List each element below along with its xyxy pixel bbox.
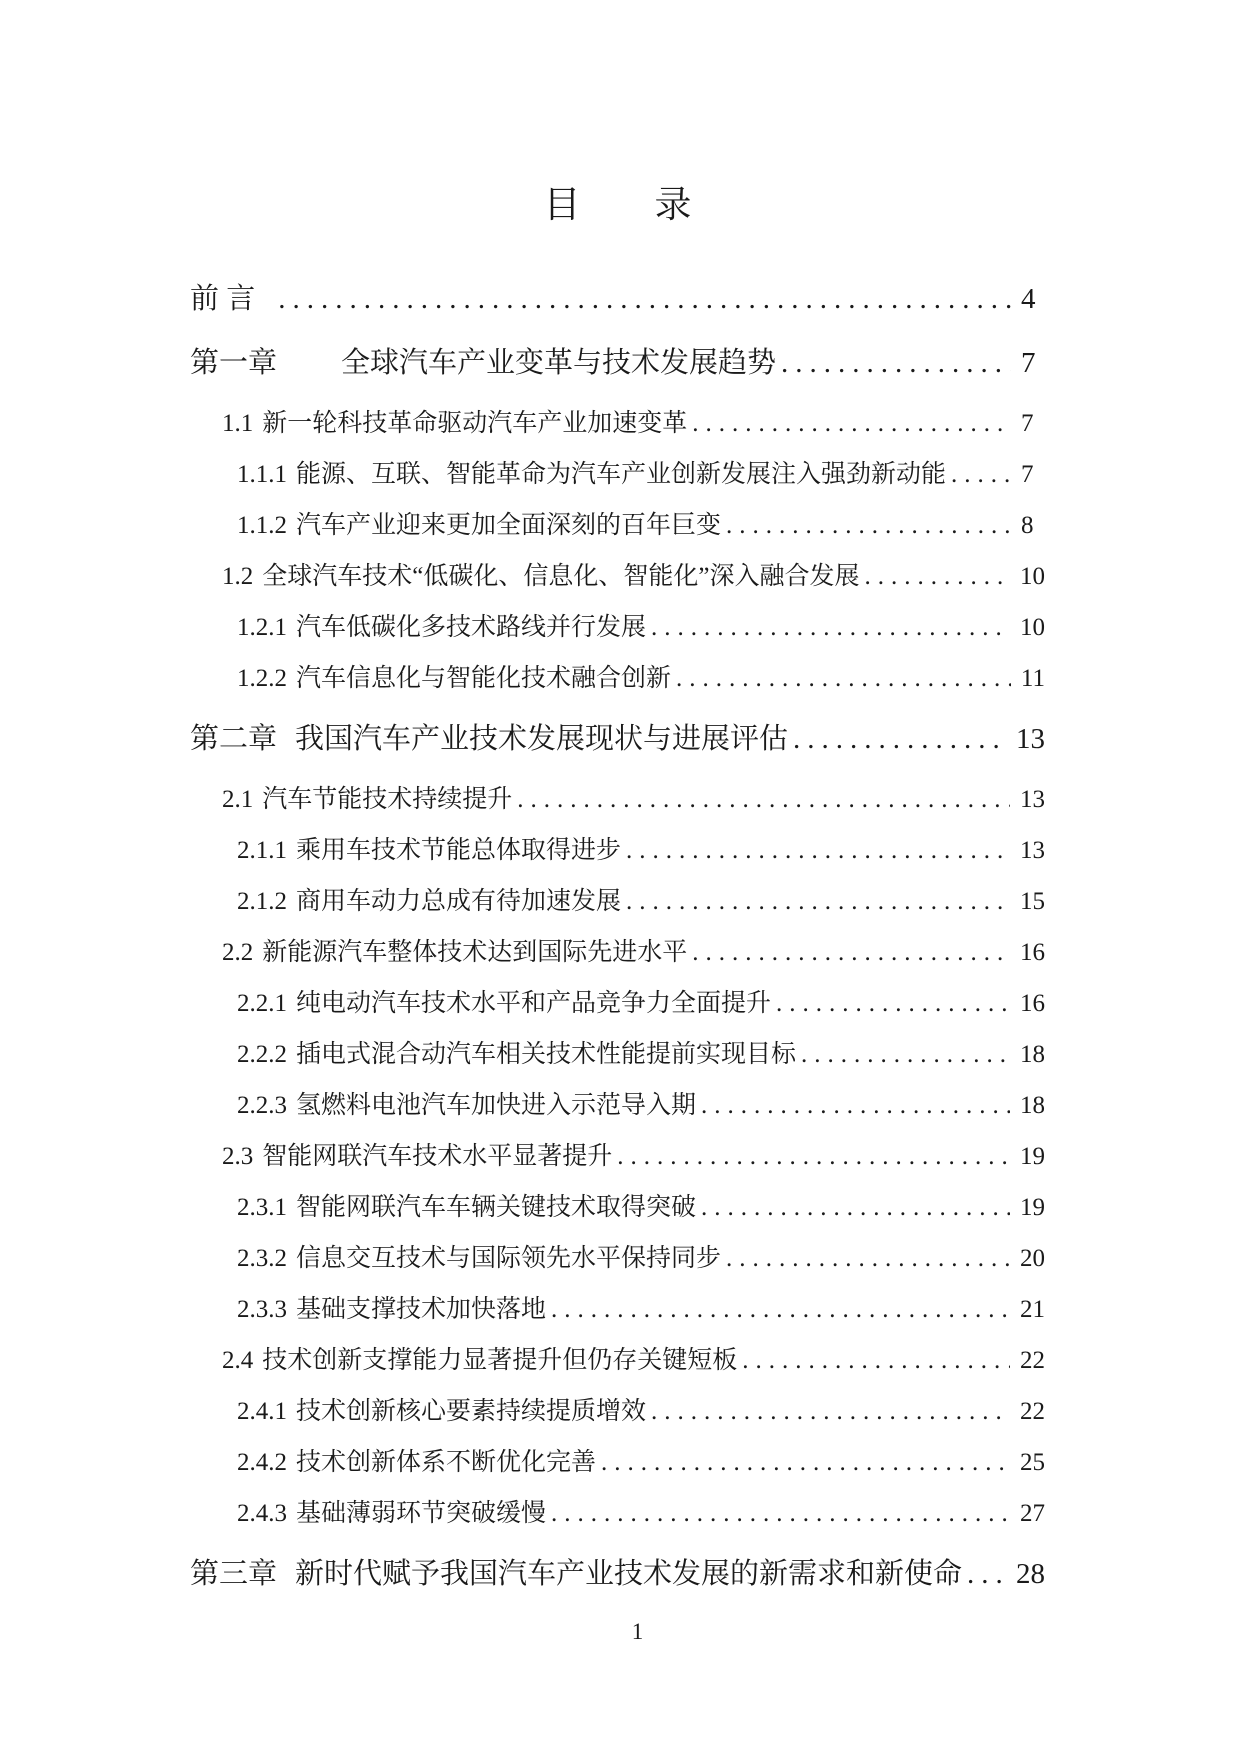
- toc-entry-title: 汽车信息化与智能化技术融合创新: [296, 666, 671, 692]
- toc-leader-dots: ........................................…: [273, 283, 1011, 315]
- toc-entry: 1.1 新一轮科技革命驱动汽车产业加速变革 ..................…: [190, 411, 1045, 437]
- toc-entry-page: 13: [1020, 838, 1045, 864]
- toc-entry-number: 2.1: [222, 787, 253, 813]
- toc-entry-page: 25: [1020, 1450, 1045, 1476]
- toc-entry: 2.3.1 智能网联汽车车辆关键技术取得突破 .................…: [190, 1195, 1045, 1221]
- toc-entry-number: 1.2.1: [237, 615, 287, 641]
- toc-entry: 2.3.3 基础支撑技术加快落地 .......................…: [190, 1297, 1045, 1323]
- toc-entry-number: 2.1.1: [237, 838, 287, 864]
- toc-entry-number: 1.1: [222, 411, 253, 437]
- toc-entry-title: 基础支撑技术加快落地: [296, 1297, 546, 1323]
- toc-leader-dots: ........................................…: [721, 513, 1011, 539]
- toc-entry-title: 智能网联汽车技术水平显著提升: [262, 1144, 612, 1170]
- page-number: 1: [632, 1619, 644, 1644]
- toc-entry-number: 1.1.2: [237, 513, 287, 539]
- toc-leader-dots: ........................................…: [737, 1348, 1010, 1374]
- toc-entry-page: 11: [1021, 666, 1045, 692]
- toc-entry: 2.4.1 技术创新核心要素持续提质增效 ...................…: [190, 1399, 1045, 1425]
- toc-leader-dots: ........................................…: [596, 1450, 1010, 1476]
- toc-leader-dots: ........................................…: [796, 1042, 1010, 1068]
- toc-entry-number: 2.3: [222, 1144, 253, 1170]
- toc-entry-title: 信息交互技术与国际领先水平保持同步: [296, 1246, 721, 1272]
- toc-entry-page: 15: [1020, 889, 1045, 915]
- toc-entry-number: 2.3.3: [237, 1297, 287, 1323]
- toc-entry-number: 2.4.3: [237, 1501, 287, 1527]
- toc-entry-title: 能源、互联、智能革命为汽车产业创新发展注入强劲新动能: [296, 462, 946, 488]
- toc-leader-dots: ........................................…: [687, 940, 1010, 966]
- toc-entry-title: 全球汽车技术“低碳化、信息化、智能化”深入融合发展: [262, 564, 859, 590]
- toc-entry-number: 2.3.1: [237, 1195, 287, 1221]
- toc-entry-page: 13: [1020, 787, 1045, 813]
- toc-entry-number: 1.2.2: [237, 666, 287, 692]
- toc-entry-page: 22: [1020, 1348, 1045, 1374]
- toc-entry: 2.1 汽车节能技术持续提升 .........................…: [190, 787, 1045, 813]
- toc-entry-page: 10: [1020, 564, 1045, 590]
- toc-entry-title: 新时代赋予我国汽车产业技术发展的新需求和新使命: [295, 1558, 962, 1590]
- toc-entry-number: 2.2: [222, 940, 253, 966]
- toc-entry: 1.2.2 汽车信息化与智能化技术融合创新 ..................…: [190, 666, 1045, 692]
- toc-list: 前 言 ....................................…: [190, 283, 1045, 1590]
- toc-entry-title: 新能源汽车整体技术达到国际先进水平: [262, 940, 687, 966]
- toc-entry-page: 7: [1021, 462, 1045, 488]
- toc-entry-title: 商用车动力总成有待加速发展: [296, 889, 621, 915]
- toc-leader-dots: ........................................…: [859, 564, 1010, 590]
- toc-leader-dots: ........................................…: [621, 889, 1010, 915]
- toc-entry-page: 19: [1020, 1195, 1045, 1221]
- toc-entry-number: 2.1.2: [237, 889, 287, 915]
- toc-leader-dots: ........................................…: [546, 1297, 1010, 1323]
- toc-entry-number: 2.4.2: [237, 1450, 287, 1476]
- toc-entry-title: 基础薄弱环节突破缓慢: [296, 1501, 546, 1527]
- toc-entry-title: 新一轮科技革命驱动汽车产业加速变革: [262, 411, 687, 437]
- toc-entry: 2.3.2 信息交互技术与国际领先水平保持同步 ................…: [190, 1246, 1045, 1272]
- document-page: 目 录 前 言 ................................…: [0, 0, 1241, 1754]
- toc-entry: 2.2.1 纯电动汽车技术水平和产品竞争力全面提升 ..............…: [190, 991, 1045, 1017]
- toc-entry-number: 2.4: [222, 1348, 253, 1374]
- toc-leader-dots: ........................................…: [646, 1399, 1010, 1425]
- toc-entry-page: 22: [1020, 1399, 1045, 1425]
- toc-leader-dots: ........................................…: [687, 411, 1011, 437]
- toc-entry-title: 乘用车技术节能总体取得进步: [296, 838, 621, 864]
- toc-entry-number: 1.1.1: [237, 462, 287, 488]
- toc-leader-dots: ........................................…: [946, 462, 1011, 488]
- toc-entry-title: 技术创新核心要素持续提质增效: [296, 1399, 646, 1425]
- toc-entry-page: 7: [1021, 347, 1045, 379]
- toc-entry: 2.2 新能源汽车整体技术达到国际先进水平 ..................…: [190, 940, 1045, 966]
- toc-entry-page: 4: [1021, 283, 1045, 315]
- toc-entry-title: 汽车低碳化多技术路线并行发展: [296, 615, 646, 641]
- toc-entry-title: 汽车节能技术持续提升: [262, 787, 512, 813]
- toc-title: 目 录: [190, 186, 1045, 226]
- toc-leader-dots: ........................................…: [721, 1246, 1010, 1272]
- toc-entry-number: 第二章: [190, 723, 277, 755]
- toc-entry-number: 2.3.2: [237, 1246, 287, 1272]
- toc-entry-number: 前 言: [190, 283, 255, 315]
- toc-leader-dots: ........................................…: [771, 991, 1010, 1017]
- toc-entry: 2.1.2 商用车动力总成有待加速发展 ....................…: [190, 889, 1045, 915]
- toc-leader-dots: ........................................…: [512, 787, 1010, 813]
- toc-entry: 2.4 技术创新支撑能力显著提升但仍存关键短板 ................…: [190, 1348, 1045, 1374]
- toc-entry-title: 技术创新体系不断优化完善: [296, 1450, 596, 1476]
- toc-entry-number: 2.2.3: [237, 1093, 287, 1119]
- toc-entry-page: 19: [1020, 1144, 1045, 1170]
- toc-entry-number: 2.2.1: [237, 991, 287, 1017]
- toc-entry: 1.1.1 能源、互联、智能革命为汽车产业创新发展注入强劲新动能 .......…: [190, 462, 1045, 488]
- toc-entry-page: 28: [1016, 1558, 1045, 1590]
- toc-entry-page: 10: [1020, 615, 1045, 641]
- toc-entry: 2.4.3 基础薄弱环节突破缓慢 .......................…: [190, 1501, 1045, 1527]
- toc-content: 目 录 前 言 ................................…: [190, 0, 1045, 1590]
- toc-entry-page: 18: [1020, 1093, 1045, 1119]
- toc-entry-title: 插电式混合动汽车相关技术性能提前实现目标: [296, 1042, 796, 1068]
- toc-leader-dots: ........................................…: [962, 1558, 1006, 1590]
- toc-entry: 第二章 我国汽车产业技术发展现状与进展评估 ..................…: [190, 723, 1045, 755]
- toc-entry-title: 全球汽车产业变革与技术发展趋势: [341, 347, 776, 379]
- toc-entry: 2.2.3 氢燃料电池汽车加快进入示范导入期 .................…: [190, 1093, 1045, 1119]
- toc-entry-page: 8: [1021, 513, 1045, 539]
- toc-leader-dots: ........................................…: [788, 723, 1006, 755]
- toc-entry: 1.2.1 汽车低碳化多技术路线并行发展 ...................…: [190, 615, 1045, 641]
- toc-leader-dots: ........................................…: [612, 1144, 1010, 1170]
- toc-entry-page: 21: [1020, 1297, 1045, 1323]
- toc-entry: 第三章 新时代赋予我国汽车产业技术发展的新需求和新使命 ............…: [190, 1558, 1045, 1590]
- toc-leader-dots: ........................................…: [696, 1093, 1010, 1119]
- toc-entry: 前 言 ....................................…: [190, 283, 1045, 315]
- toc-entry: 2.4.2 技术创新体系不断优化完善 .....................…: [190, 1450, 1045, 1476]
- toc-entry-page: 27: [1020, 1501, 1045, 1527]
- toc-leader-dots: ........................................…: [776, 347, 1011, 379]
- page-footer: 1: [17, 1619, 1241, 1645]
- toc-leader-dots: ........................................…: [671, 666, 1011, 692]
- toc-entry-page: 16: [1020, 940, 1045, 966]
- toc-entry-page: 16: [1020, 991, 1045, 1017]
- toc-entry-page: 18: [1020, 1042, 1045, 1068]
- toc-entry-number: 2.4.1: [237, 1399, 287, 1425]
- toc-entry-number: 2.2.2: [237, 1042, 287, 1068]
- toc-entry-title: 纯电动汽车技术水平和产品竞争力全面提升: [296, 991, 771, 1017]
- toc-leader-dots: ........................................…: [546, 1501, 1010, 1527]
- toc-entry-page: 20: [1020, 1246, 1045, 1272]
- toc-entry-page: 7: [1021, 411, 1045, 437]
- toc-entry: 2.3 智能网联汽车技术水平显著提升 .....................…: [190, 1144, 1045, 1170]
- toc-entry-page: 13: [1016, 723, 1045, 755]
- toc-entry: 1.1.2 汽车产业迎来更加全面深刻的百年巨变 ................…: [190, 513, 1045, 539]
- toc-entry: 第一章 全球汽车产业变革与技术发展趋势 ....................…: [190, 347, 1045, 379]
- toc-leader-dots: ........................................…: [696, 1195, 1010, 1221]
- toc-entry: 1.2 全球汽车技术“低碳化、信息化、智能化”深入融合发展 ..........…: [190, 564, 1045, 590]
- toc-leader-dots: ........................................…: [621, 838, 1010, 864]
- toc-entry-number: 第一章: [190, 347, 277, 379]
- toc-entry: 2.1.1 乘用车技术节能总体取得进步 ....................…: [190, 838, 1045, 864]
- toc-entry-title: 智能网联汽车车辆关键技术取得突破: [296, 1195, 696, 1221]
- toc-entry-number: 第三章: [190, 1558, 277, 1590]
- toc-entry-number: 1.2: [222, 564, 253, 590]
- toc-entry-title: 我国汽车产业技术发展现状与进展评估: [295, 723, 788, 755]
- toc-entry-title: 技术创新支撑能力显著提升但仍存关键短板: [262, 1348, 737, 1374]
- toc-leader-dots: ........................................…: [646, 615, 1010, 641]
- toc-entry: 2.2.2 插电式混合动汽车相关技术性能提前实现目标 .............…: [190, 1042, 1045, 1068]
- toc-entry-title: 氢燃料电池汽车加快进入示范导入期: [296, 1093, 696, 1119]
- toc-entry-title: 汽车产业迎来更加全面深刻的百年巨变: [296, 513, 721, 539]
